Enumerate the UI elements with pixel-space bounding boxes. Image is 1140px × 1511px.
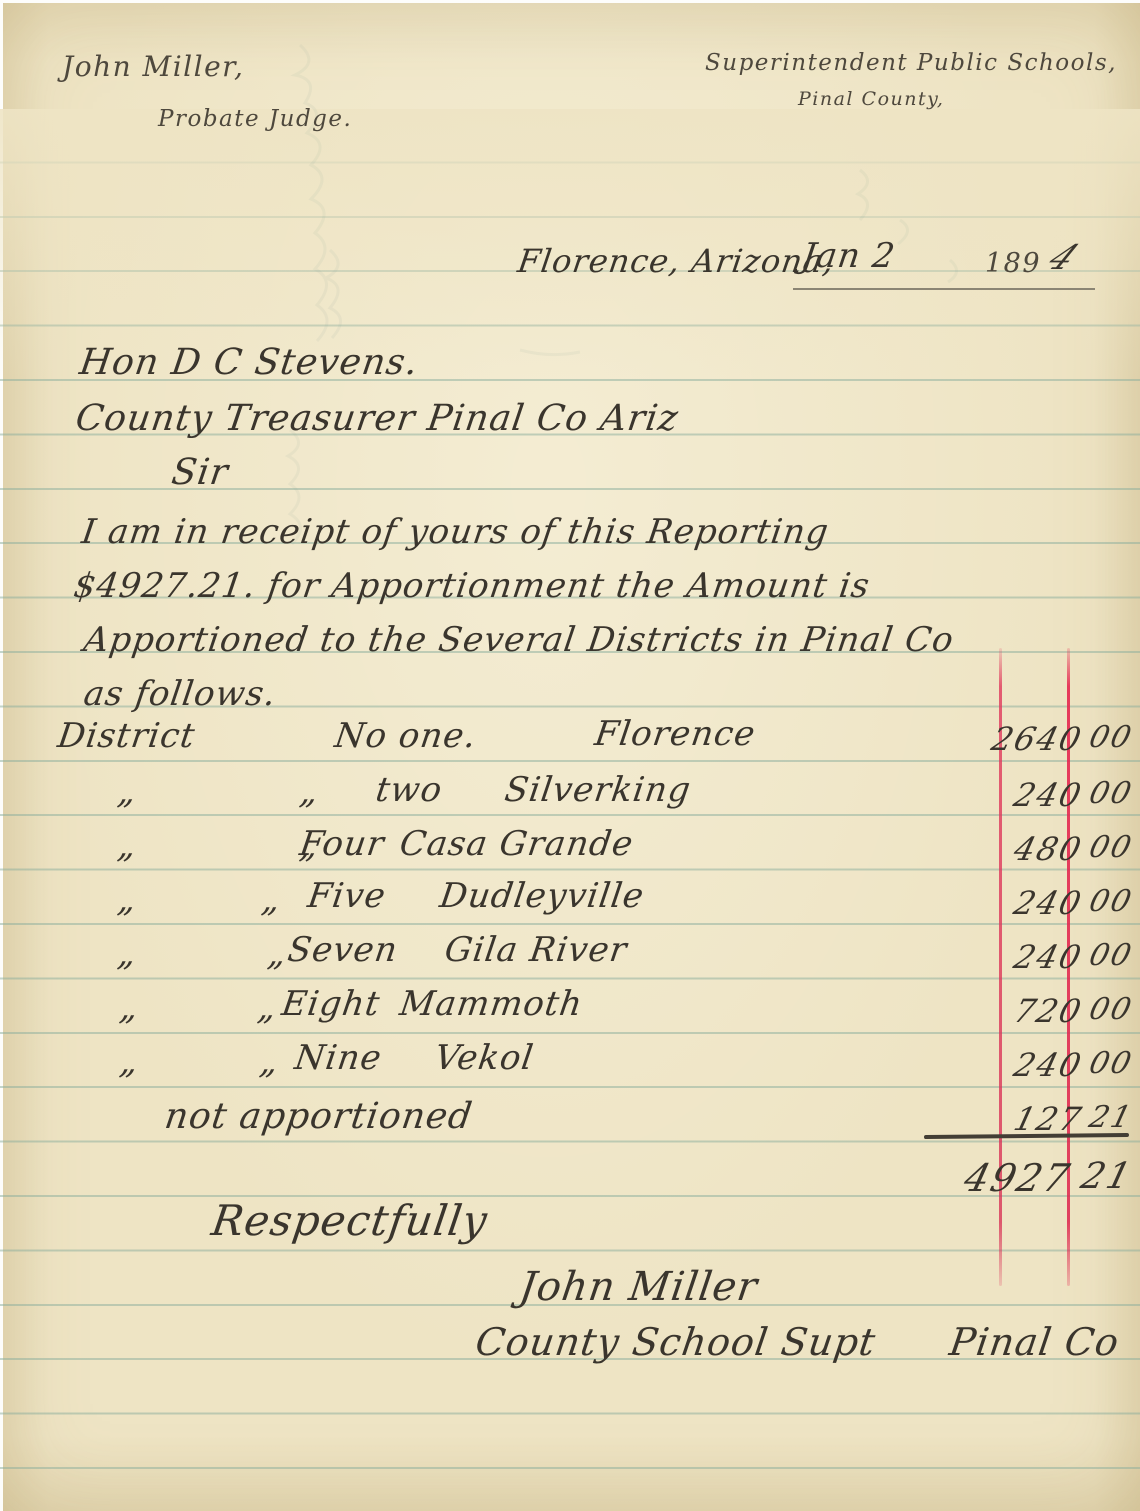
salutation: Sir xyxy=(169,452,231,493)
row-dollars: 127 xyxy=(955,1100,1086,1138)
row-cents: 00 xyxy=(1086,776,1137,811)
letterhead-title: Probate Judge. xyxy=(158,106,352,132)
row-cents: 00 xyxy=(1086,884,1137,919)
dateline-date: Jan 2 xyxy=(799,236,898,276)
scanned-letter-page: John Miller, Probate Judge. Superintende… xyxy=(0,0,1140,1511)
letterhead-name: John Miller, xyxy=(62,50,244,83)
row-place: Florence xyxy=(592,714,758,754)
row-number: Seven xyxy=(285,930,400,970)
signature-title: County School Supt xyxy=(473,1320,879,1364)
row-cents: 21 xyxy=(1086,1100,1137,1135)
row-dollars: 720 xyxy=(955,992,1086,1030)
row-dollars: 240 xyxy=(955,884,1086,922)
row-number: Nine xyxy=(292,1038,384,1078)
dateline-place: Florence, Arizona, xyxy=(515,242,837,280)
body-line-3: Apportioned to the Several Districts in … xyxy=(81,620,956,660)
row-dollars: 480 xyxy=(955,830,1086,868)
row-dollars: 240 xyxy=(955,776,1086,814)
printed-year: 189 xyxy=(985,248,1041,279)
row-cents: 00 xyxy=(1086,938,1137,973)
row-place: Silverking xyxy=(502,770,693,810)
body-line-2: $4927.21. for Apportionment the Amount i… xyxy=(71,566,872,606)
row-cents: 00 xyxy=(1086,992,1137,1027)
row-number: No one. xyxy=(332,716,479,756)
row-place: Casa Grande xyxy=(397,824,636,864)
row-cents: 00 xyxy=(1086,830,1137,865)
row-dollars: 2640 xyxy=(955,720,1086,758)
row-number: Eight xyxy=(279,984,383,1024)
row-place: Vekol xyxy=(432,1038,536,1078)
row-dollars: 240 xyxy=(955,938,1086,976)
row-place: Gila River xyxy=(442,930,630,970)
row-number: Five xyxy=(305,876,388,916)
row-place: Dudleyville xyxy=(437,876,647,916)
total-dollars: 4927 xyxy=(925,1156,1076,1200)
body-line-4: as follows. xyxy=(81,674,279,714)
row-number: Four xyxy=(297,824,387,864)
letterhead-office: Superintendent Public Schools, xyxy=(705,50,1117,76)
row-label: District xyxy=(55,716,198,756)
total-cents: 21 xyxy=(1077,1156,1137,1197)
row-number: two xyxy=(373,770,445,810)
address-title: County Treasurer Pinal Co Ariz xyxy=(73,398,681,439)
row-cents: 00 xyxy=(1086,720,1137,755)
row-cents: 00 xyxy=(1086,1046,1137,1081)
letterhead-county: Pinal County, xyxy=(798,88,944,110)
row-dollars: 240 xyxy=(955,1046,1086,1084)
closing-respectfully: Respectfully xyxy=(209,1196,491,1245)
not-apportioned-label: not apportioned xyxy=(162,1096,475,1137)
address-recipient: Hon D C Stevens. xyxy=(77,342,421,383)
printed-date-rule xyxy=(793,288,1095,290)
row-place: Mammoth xyxy=(397,984,585,1024)
body-line-1: I am in receipt of yours of this Reporti… xyxy=(79,512,831,552)
signature-org: Pinal Co xyxy=(947,1320,1122,1364)
signature: John Miller xyxy=(517,1264,761,1310)
